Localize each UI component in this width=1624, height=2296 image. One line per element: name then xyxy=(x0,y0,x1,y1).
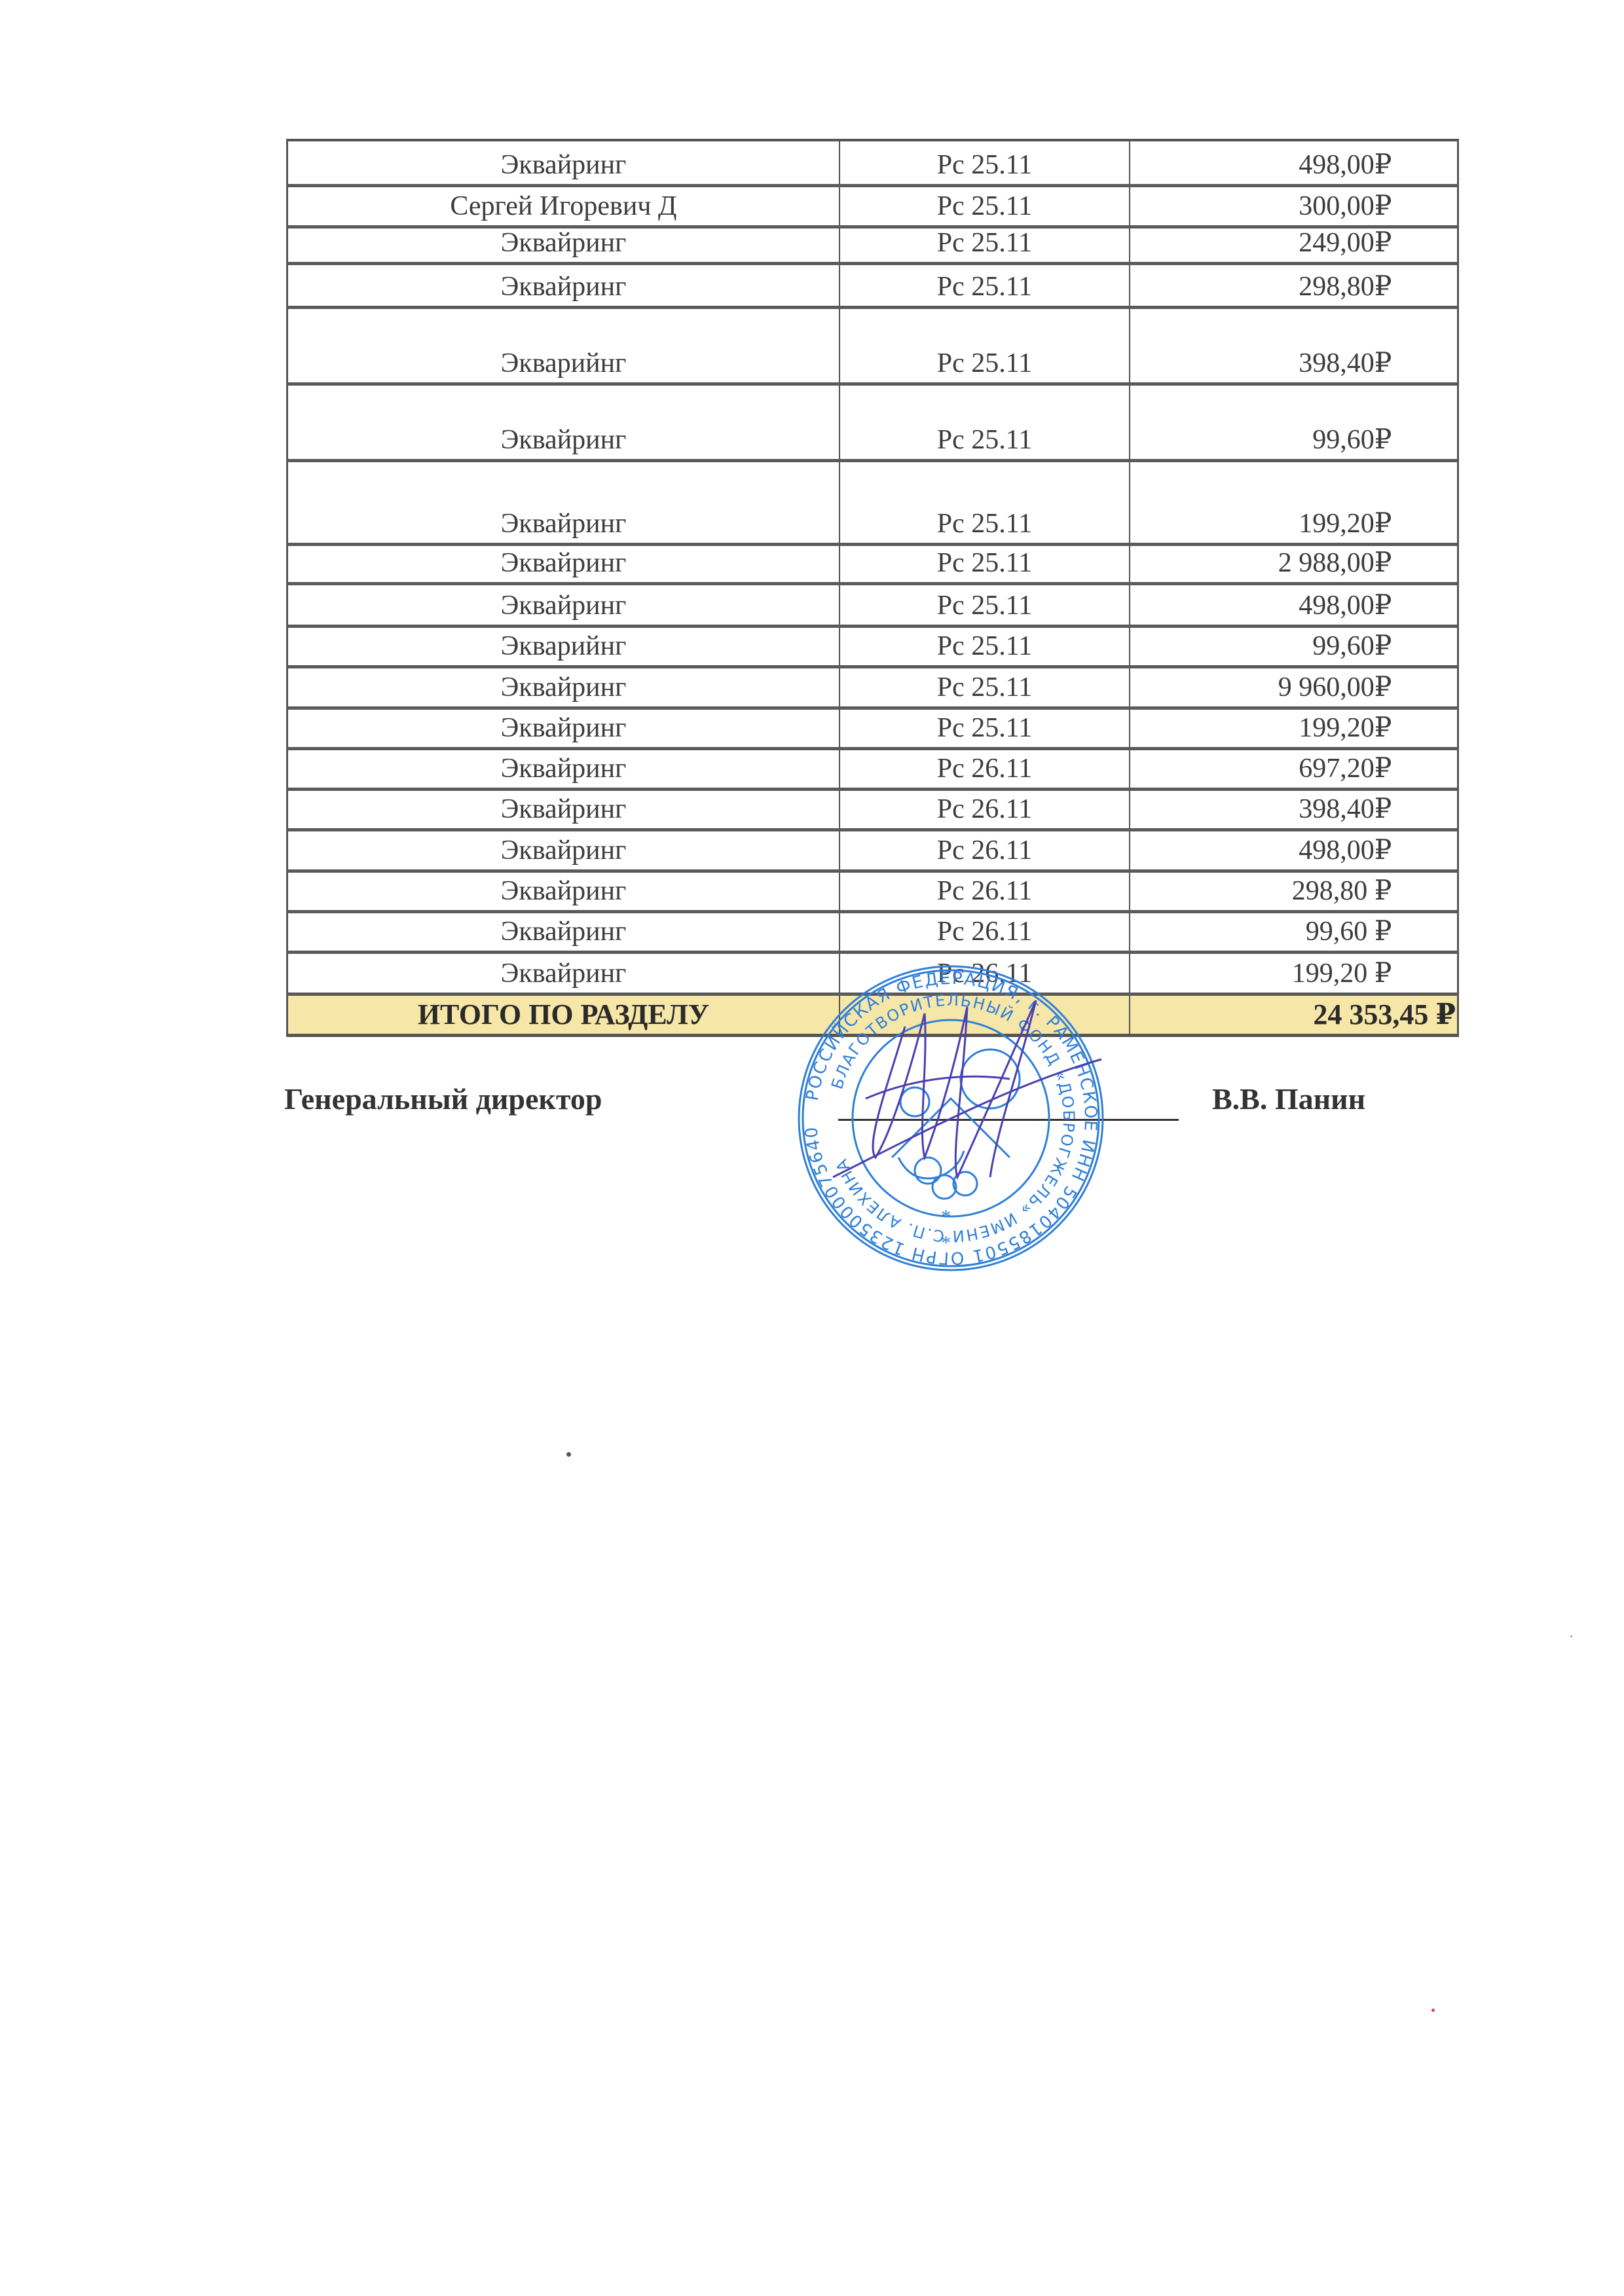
basis-cell: Рс 25.11 xyxy=(840,309,1130,382)
amount-value: 249,00₽ xyxy=(1196,229,1392,257)
amount-cell: 398,40₽ xyxy=(1130,791,1457,828)
amount-cell: 199,20₽ xyxy=(1130,462,1457,543)
basis-cell: Рс 26.11 xyxy=(840,873,1130,910)
amount-cell: 298,80₽ xyxy=(1130,265,1457,306)
table-row: ЭквайрингРс 26.11298,80 ₽ xyxy=(286,873,1459,913)
amount-value: 9 960,00₽ xyxy=(1196,674,1392,701)
payer-cell: Эквайринг xyxy=(288,585,840,625)
table-row: ЭквайрингРс 25.119 960,00₽ xyxy=(286,668,1459,710)
payer-cell: Эквайринг xyxy=(288,546,840,582)
amount-value: 2 988,00₽ xyxy=(1196,549,1392,577)
signer-name: В.В. Панин xyxy=(1212,1082,1365,1116)
payer-cell: Эквайринг xyxy=(288,265,840,306)
payer-cell: Эквайринг xyxy=(288,386,840,459)
total-amount: 24 353,45 ₽ xyxy=(1130,996,1457,1034)
amount-cell: 199,20 ₽ xyxy=(1130,954,1457,993)
amount-value: 99,60 ₽ xyxy=(1196,918,1392,945)
basis-cell: Рс 25.11 xyxy=(840,710,1130,747)
payer-cell: Экварийнг xyxy=(288,309,840,382)
amount-cell: 99,60₽ xyxy=(1130,628,1457,665)
svg-text:*: * xyxy=(941,1232,951,1254)
amount-value: 298,80₽ xyxy=(1196,273,1392,301)
table-row: ЭквайрингРс 26.1199,60 ₽ xyxy=(286,913,1459,954)
basis-cell: Рс 26.11 xyxy=(840,750,1130,788)
amount-value: 398,40₽ xyxy=(1196,795,1392,823)
amount-cell: 249,00₽ xyxy=(1130,228,1457,262)
total-label: ИТОГО ПО РАЗДЕЛУ xyxy=(288,996,840,1034)
amount-value: 99,60₽ xyxy=(1196,426,1392,454)
payer-cell: Эквайринг xyxy=(288,462,840,543)
payer-cell: Экварийнг xyxy=(288,628,840,665)
table-row: ЭквайрингРс 25.11199,20₽ xyxy=(286,462,1459,546)
payer-cell: Эквайринг xyxy=(288,954,840,993)
basis-cell: Рс 25.11 xyxy=(840,187,1130,225)
basis-cell: Рс 26.11 xyxy=(840,913,1130,951)
basis-cell: Рс 26.11 xyxy=(840,791,1130,828)
amount-value: 298,80 ₽ xyxy=(1196,877,1392,905)
amount-value: 300,00₽ xyxy=(1196,192,1392,220)
table-row: ЭквайрингРс 25.11249,00₽ xyxy=(286,228,1459,265)
amount-cell: 498,00₽ xyxy=(1130,831,1457,869)
amount-cell: 498,00₽ xyxy=(1130,585,1457,625)
amount-cell: 398,40₽ xyxy=(1130,309,1457,382)
amount-value: 199,20₽ xyxy=(1196,510,1392,538)
amount-value: 199,20₽ xyxy=(1196,714,1392,742)
payer-cell: Сергей Игоревич Д xyxy=(288,187,840,225)
payer-cell: Эквайринг xyxy=(288,873,840,910)
basis-cell: Рс 25.11 xyxy=(840,546,1130,582)
table-row: ЭквайрингРс 25.1199,60₽ xyxy=(286,386,1459,462)
table-row: ЭквайрингРс 26.11697,20₽ xyxy=(286,750,1459,791)
table-row: ЭквайрингРс 25.11498,00₽ xyxy=(286,141,1459,187)
table-row: ЭкварийнгРс 25.11398,40₽ xyxy=(286,309,1459,386)
table-row: ЭкварийнгРс 25.1199,60₽ xyxy=(286,628,1459,668)
basis-cell: Рс 25.11 xyxy=(840,265,1130,306)
table-row: ЭквайрингРс 26.11398,40₽ xyxy=(286,791,1459,831)
basis-cell: Рс 25.11 xyxy=(840,462,1130,543)
scan-speck xyxy=(1570,1635,1572,1637)
amount-cell: 300,00₽ xyxy=(1130,187,1457,225)
basis-cell: Рс 25.11 xyxy=(840,141,1130,184)
amount-value: 498,00₽ xyxy=(1196,837,1392,864)
payer-cell: Эквайринг xyxy=(288,791,840,828)
amount-cell: 199,20₽ xyxy=(1130,710,1457,747)
amount-cell: 99,60 ₽ xyxy=(1130,913,1457,951)
payer-cell: Эквайринг xyxy=(288,913,840,951)
amount-cell: 2 988,00₽ xyxy=(1130,546,1457,582)
table-row: ЭквайрингРс 25.11199,20₽ xyxy=(286,710,1459,750)
basis-cell: Рс 25.11 xyxy=(840,228,1130,262)
amount-cell: 298,80 ₽ xyxy=(1130,873,1457,910)
basis-cell: Рс 26.11 xyxy=(840,831,1130,869)
amount-value: 498,00₽ xyxy=(1196,592,1392,619)
amount-value: 199,20 ₽ xyxy=(1196,960,1392,987)
payer-cell: Эквайринг xyxy=(288,831,840,869)
basis-cell: Рс 25.11 xyxy=(840,628,1130,665)
table-row: Сергей Игоревич ДРс 25.11300,00₽ xyxy=(286,187,1459,228)
svg-text:*: * xyxy=(941,1206,951,1228)
amount-cell: 697,20₽ xyxy=(1130,750,1457,788)
organization-stamp-icon: РОССИЙСКАЯ ФЕДЕРАЦИЯ, г. РАМЕНСКОЕ ИНН 5… xyxy=(794,961,1108,1275)
basis-cell: Рс 25.11 xyxy=(840,386,1130,459)
payer-cell: Эквайринг xyxy=(288,668,840,706)
amount-cell: 99,60₽ xyxy=(1130,386,1457,459)
payer-cell: Эквайринг xyxy=(288,141,840,184)
payer-cell: Эквайринг xyxy=(288,228,840,262)
amount-cell: 498,00₽ xyxy=(1130,141,1457,184)
amount-cell: 9 960,00₽ xyxy=(1130,668,1457,706)
payer-cell: Эквайринг xyxy=(288,750,840,788)
basis-cell: Рс 25.11 xyxy=(840,585,1130,625)
table-row: ЭквайрингРс 25.112 988,00₽ xyxy=(286,546,1459,585)
position-title: Генеральный директор xyxy=(284,1082,602,1116)
amount-value: 498,00₽ xyxy=(1196,151,1392,179)
table-row: ЭквайрингРс 25.11498,00₽ xyxy=(286,585,1459,628)
amount-value: 99,60₽ xyxy=(1196,632,1392,660)
basis-cell: Рс 25.11 xyxy=(840,668,1130,706)
amount-value: 398,40₽ xyxy=(1196,350,1392,377)
payments-table: ЭквайрингРс 25.11498,00₽Сергей Игоревич … xyxy=(286,139,1459,1037)
scan-speck xyxy=(566,1452,571,1457)
amount-value: 697,20₽ xyxy=(1196,755,1392,782)
payer-cell: Эквайринг xyxy=(288,710,840,747)
table-row: ЭквайрингРс 25.11298,80₽ xyxy=(286,265,1459,309)
scan-speck xyxy=(1431,2009,1435,2012)
table-row: ЭквайрингРс 26.11498,00₽ xyxy=(286,831,1459,873)
